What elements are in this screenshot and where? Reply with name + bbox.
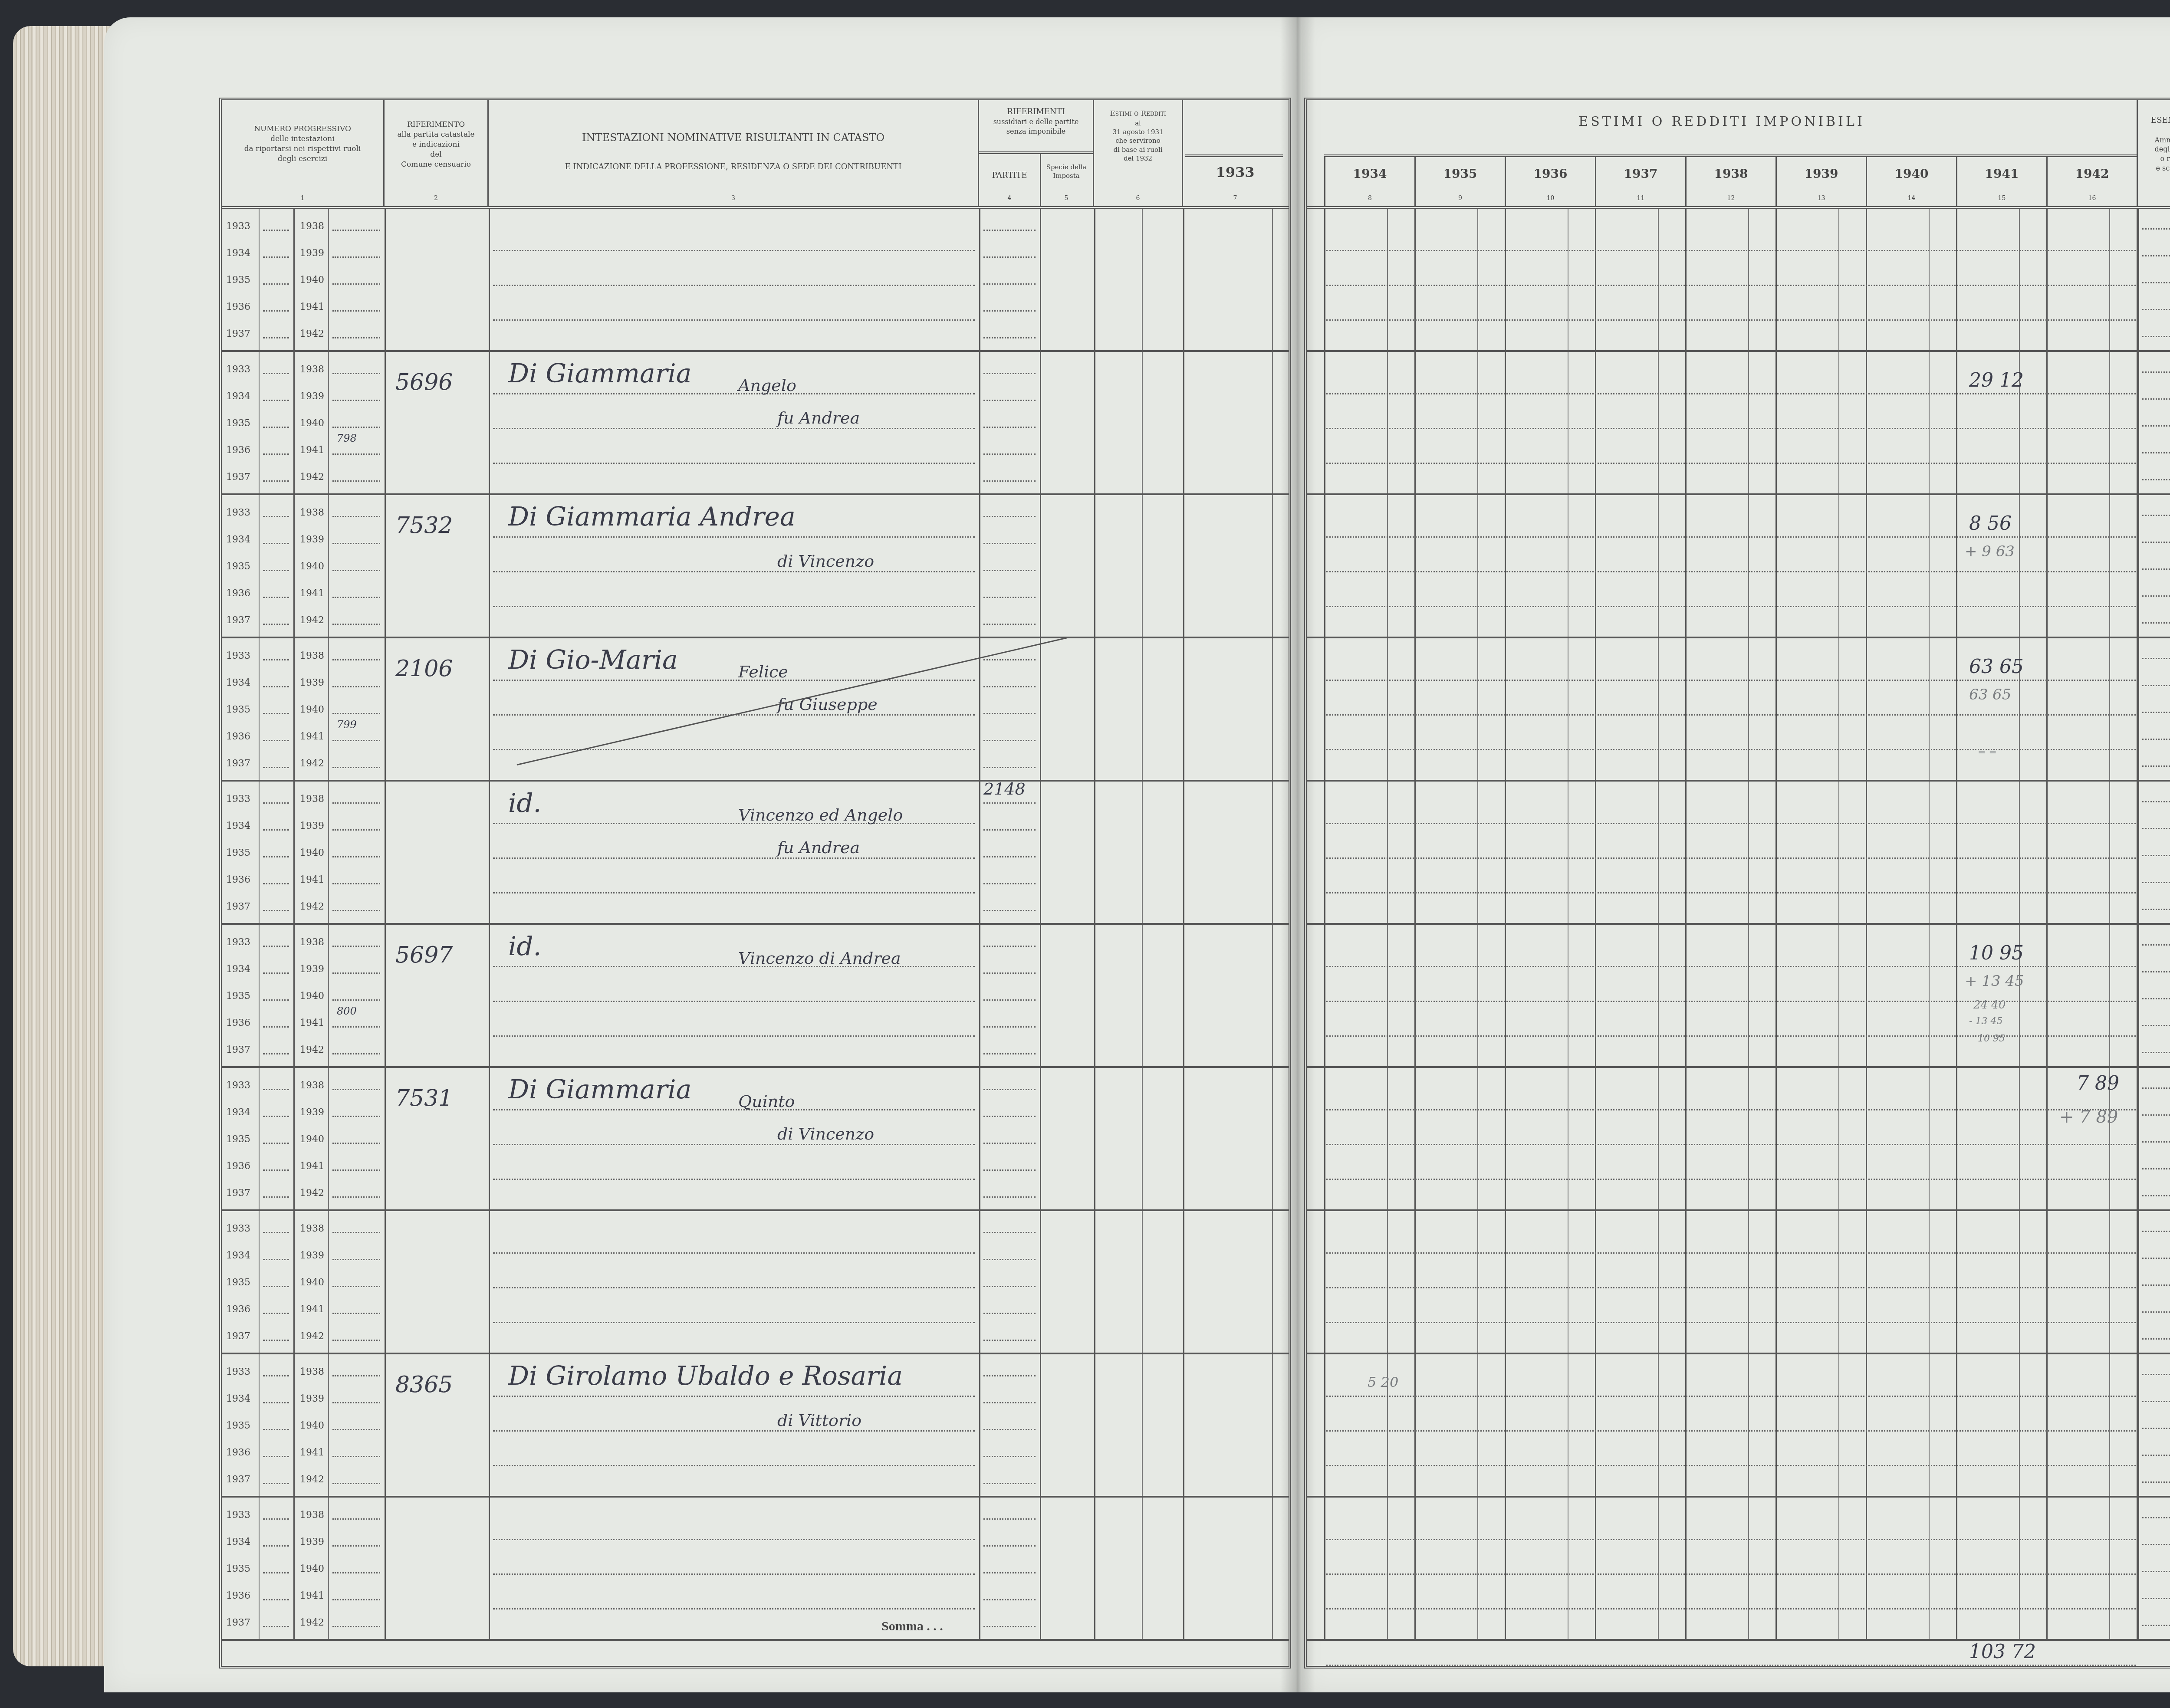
cents-rule xyxy=(1658,1354,1659,1496)
dotted-rule xyxy=(263,1169,289,1171)
column-rule xyxy=(1040,782,1041,923)
dotted-rule xyxy=(983,1026,1036,1028)
dotted-rule xyxy=(493,571,975,572)
column-rule xyxy=(1324,495,1325,637)
column-rule xyxy=(1324,1211,1325,1353)
column-rule xyxy=(385,638,386,780)
column-rule xyxy=(1595,352,1596,493)
cents-rule xyxy=(1568,638,1568,780)
column-rule xyxy=(489,638,490,780)
partita-number: 7532 xyxy=(395,512,453,539)
dotted-rule xyxy=(263,1545,289,1547)
column-rule xyxy=(1040,1354,1041,1496)
col-number: 16 xyxy=(2048,194,2137,203)
column-rule xyxy=(1866,925,1867,1066)
register-amounts-row: 63 6563 65= = xyxy=(1307,638,2170,782)
taxpayer-name-extra: Angelo xyxy=(738,376,796,395)
year-label: 1942 xyxy=(300,472,324,483)
year-label: 1935 xyxy=(226,991,250,1002)
dotted-rule xyxy=(332,767,380,768)
dotted-rule xyxy=(2142,739,2170,740)
year-label: 1942 xyxy=(2048,157,2137,182)
year-label: 1940 xyxy=(300,847,324,858)
column-rule xyxy=(489,782,490,923)
dotted-rule xyxy=(493,393,975,394)
dotted-rule xyxy=(263,829,289,831)
dotted-rule xyxy=(1326,680,2136,681)
dotted-rule xyxy=(263,480,289,482)
col6-line: che servirono xyxy=(1094,136,1182,145)
column-rule xyxy=(293,1068,295,1209)
col2-title: RIFERIMENTO xyxy=(385,120,487,130)
col17-line: Ammontare xyxy=(2138,135,2170,145)
dotted-rule xyxy=(493,428,975,429)
register-entry-row: 1933193819341939193519401936194119371942… xyxy=(222,352,1289,495)
dotted-rule xyxy=(263,856,289,857)
column-rule xyxy=(1866,782,1867,923)
column-rule xyxy=(328,638,329,780)
year-label: 1934 xyxy=(1325,157,1414,182)
column-rule xyxy=(1142,352,1143,493)
column-rule xyxy=(2046,495,2048,637)
column-rule xyxy=(1956,1498,1957,1639)
year-label: 1942 xyxy=(300,1331,324,1342)
column-rule xyxy=(2138,1354,2139,1496)
column-rule xyxy=(1142,1498,1143,1639)
dotted-rule xyxy=(332,659,380,660)
cents-rule xyxy=(1568,352,1568,493)
dotted-rule xyxy=(1326,1252,2136,1254)
dotted-rule xyxy=(332,597,380,598)
dotted-rule xyxy=(983,972,1036,974)
year-label: 1935 xyxy=(226,1420,250,1431)
col2-line: del xyxy=(385,150,487,160)
dotted-rule xyxy=(2142,658,2170,659)
year-label: 1942 xyxy=(300,1188,324,1199)
dotted-rule xyxy=(263,1429,289,1430)
col6-line: del 1932 xyxy=(1094,154,1182,163)
dotted-rule xyxy=(2142,998,2170,999)
dotted-rule xyxy=(263,373,289,374)
dotted-rule xyxy=(332,256,380,258)
column-rule xyxy=(293,209,295,350)
column-rule xyxy=(1414,1498,1416,1639)
dotted-rule xyxy=(2142,801,2170,802)
year-label: 1936 xyxy=(226,874,250,885)
column-rule xyxy=(979,638,980,780)
year-label: 1942 xyxy=(300,1045,324,1055)
column-rule xyxy=(1272,1211,1273,1353)
column-rule xyxy=(1505,1354,1506,1496)
dotted-rule xyxy=(332,1518,380,1520)
dotted-rule xyxy=(2142,1544,2170,1545)
cents-rule xyxy=(1658,352,1659,493)
column-rule xyxy=(1505,1068,1506,1209)
column-rule xyxy=(1324,1068,1325,1209)
amount-1941-total: 24 40 xyxy=(1973,999,2006,1012)
dotted-rule xyxy=(332,480,380,482)
col-number: 3 xyxy=(489,194,978,203)
dotted-rule xyxy=(1326,1144,2136,1145)
column-rule xyxy=(1414,1211,1416,1353)
dotted-rule xyxy=(2142,1284,2170,1286)
year-label: 1938 xyxy=(300,794,324,805)
year-label: 1933 xyxy=(226,937,250,948)
col-number: 7 xyxy=(1183,194,1287,203)
column-rule xyxy=(2138,495,2139,637)
column-rule xyxy=(1414,638,1416,780)
column-rule xyxy=(259,1498,260,1639)
dotted-rule xyxy=(2142,479,2170,480)
dotted-rule xyxy=(983,767,1036,768)
dotted-rule xyxy=(1326,536,2136,538)
dotted-rule xyxy=(332,230,380,231)
dotted-rule xyxy=(2142,1338,2170,1340)
year-label: 1933 xyxy=(226,364,250,375)
dotted-rule xyxy=(983,1483,1036,1484)
dotted-rule xyxy=(2142,1625,2170,1626)
column-rule xyxy=(1956,209,1957,350)
year-label: 1933 xyxy=(226,1223,250,1234)
cents-rule xyxy=(1748,1211,1749,1353)
register-amounts-row: 8 56+ 9 63 xyxy=(1307,495,2170,638)
dotted-rule xyxy=(493,1608,975,1609)
year-label: 1940 xyxy=(300,991,324,1002)
dotted-rule xyxy=(1326,1179,2136,1180)
column-rule xyxy=(1094,352,1095,493)
year-label: 1939 xyxy=(300,1393,324,1404)
dotted-rule xyxy=(263,883,289,884)
year-label: 1937 xyxy=(226,1617,250,1628)
column-rule xyxy=(2046,1211,2048,1353)
cents-rule xyxy=(2109,1354,2110,1496)
year-label: 1933 xyxy=(226,794,250,805)
amount-1941-result: 10 95 xyxy=(1978,1033,2005,1044)
cents-rule xyxy=(1748,1354,1749,1496)
dotted-rule xyxy=(1326,1035,2136,1037)
dotted-rule xyxy=(332,1259,380,1260)
year-label: 1942 xyxy=(300,758,324,769)
taxpayer-name: Di Giammaria Andrea xyxy=(508,502,796,532)
column-rule xyxy=(1505,495,1506,637)
cents-rule xyxy=(1568,495,1568,637)
column-rule xyxy=(489,209,490,350)
column-rule xyxy=(328,352,329,493)
year-label: 1942 xyxy=(300,901,324,912)
dotted-rule xyxy=(1326,1608,2136,1609)
dotted-rule xyxy=(1326,571,2136,572)
column-rule xyxy=(1775,209,1777,350)
column-rule xyxy=(2046,209,2048,350)
column-rule xyxy=(2138,782,2139,923)
dotted-rule xyxy=(983,946,1036,947)
year-label: 1936 xyxy=(226,1018,250,1028)
cents-rule xyxy=(1929,1498,1930,1639)
dotted-rule xyxy=(263,1116,289,1117)
column-rule xyxy=(385,495,386,637)
year-label: 1939 xyxy=(300,1107,324,1118)
cents-rule xyxy=(2019,209,2020,350)
dotted-rule xyxy=(1326,857,2136,859)
year-label: 1938 xyxy=(300,1223,324,1234)
column-rule xyxy=(385,925,386,1066)
year-label: 1933 xyxy=(226,1510,250,1521)
column-rule xyxy=(2046,352,2048,493)
dotted-rule xyxy=(493,892,975,893)
cents-rule xyxy=(1387,209,1388,350)
dotted-rule xyxy=(332,1286,380,1287)
dotted-rule xyxy=(983,802,1036,804)
column-rule xyxy=(293,495,295,637)
dotted-rule xyxy=(983,713,1036,714)
taxpayer-parentage: fu Giuseppe xyxy=(777,695,878,714)
dotted-rule xyxy=(332,516,380,517)
column-rule xyxy=(1094,782,1095,923)
dotted-rule xyxy=(332,946,380,947)
column-rule xyxy=(1414,352,1416,493)
dotted-rule xyxy=(983,570,1036,571)
cents-rule xyxy=(1838,495,1839,637)
column-rule xyxy=(1324,1498,1325,1639)
dotted-rule xyxy=(332,373,380,374)
dotted-rule xyxy=(332,1572,380,1573)
year-label: 1939 xyxy=(300,821,324,831)
column-rule xyxy=(1685,638,1687,780)
column-rule xyxy=(1866,495,1867,637)
column-rule xyxy=(1324,352,1325,493)
column-rule xyxy=(2138,1498,2139,1639)
header-col-2: RIFERIMENTO alla partita catastale e ind… xyxy=(385,100,489,206)
register-entry-row: 1933193819341939193519401936194119371942 xyxy=(222,1498,1289,1641)
column-rule xyxy=(1142,638,1143,780)
dotted-rule xyxy=(983,1599,1036,1600)
year-label: 1940 xyxy=(300,1563,324,1574)
column-rule xyxy=(1142,1068,1143,1209)
year-label: 1935 xyxy=(226,418,250,429)
dotted-rule xyxy=(983,373,1036,374)
column-rule xyxy=(1775,638,1777,780)
column-rule xyxy=(1142,925,1143,1066)
column-rule xyxy=(385,1068,386,1209)
cents-rule xyxy=(2109,495,2110,637)
column-rule xyxy=(328,1498,329,1639)
margin-number: 799 xyxy=(337,719,357,731)
column-rule xyxy=(1414,495,1416,637)
dotted-rule xyxy=(332,453,380,455)
dotted-rule xyxy=(263,659,289,660)
taxpayer-parentage: fu Andrea xyxy=(777,408,860,427)
register-amounts-row xyxy=(1307,1498,2170,1641)
column-rule xyxy=(1324,209,1325,350)
register-amounts-row xyxy=(1307,782,2170,925)
column-rule xyxy=(1094,1068,1095,1209)
column-rule xyxy=(1595,1068,1596,1209)
cents-rule xyxy=(1929,1211,1930,1353)
year-label: 1935 xyxy=(226,561,250,572)
dotted-rule xyxy=(493,1430,975,1432)
dotted-rule xyxy=(332,400,380,401)
dotted-rule xyxy=(332,883,380,884)
header-col-7: 1933 7 xyxy=(1183,100,1287,206)
dotted-rule xyxy=(263,256,289,258)
col5-label: Specie della Imposta xyxy=(1040,154,1093,181)
dotted-rule xyxy=(332,1599,380,1600)
dotted-rule xyxy=(263,543,289,544)
col17-line: degli estimi xyxy=(2138,145,2170,154)
column-rule xyxy=(1094,495,1095,637)
column-rule xyxy=(1956,925,1957,1066)
dotted-rule xyxy=(263,1626,289,1627)
dotted-rule xyxy=(332,1483,380,1484)
column-rule xyxy=(979,495,980,637)
dotted-rule xyxy=(2142,1025,2170,1026)
column-rule xyxy=(328,1068,329,1209)
year-label: 1935 xyxy=(226,1563,250,1574)
cents-rule xyxy=(1658,1211,1659,1353)
cents-rule xyxy=(1838,638,1839,780)
dotted-rule xyxy=(332,310,380,312)
column-rule xyxy=(1956,782,1957,923)
year-label: 1934 xyxy=(226,821,250,831)
year-headers: 1934 81935 91936 101937 111938 121939 13… xyxy=(1324,157,2137,206)
column-rule xyxy=(1866,1068,1867,1209)
dotted-rule xyxy=(2142,1195,2170,1196)
cents-rule xyxy=(1748,209,1749,350)
col1-line: degli esercizi xyxy=(222,154,383,164)
column-rule xyxy=(1094,209,1095,350)
dotted-rule xyxy=(1326,606,2136,607)
year-label: 1934 xyxy=(226,1537,250,1547)
dotted-rule xyxy=(983,659,1036,660)
column-rule xyxy=(1685,1211,1687,1353)
column-rule xyxy=(328,925,329,1066)
column-rule xyxy=(1595,1354,1596,1496)
col2-line: alla partita catastale xyxy=(385,130,487,140)
year-column-header: 1940 14 xyxy=(1866,157,1956,206)
column-rule xyxy=(489,1068,490,1209)
dotted-rule xyxy=(983,1313,1036,1314)
cents-rule xyxy=(2109,1211,2110,1353)
dotted-rule xyxy=(493,1539,975,1540)
dotted-rule xyxy=(1326,1001,2136,1002)
year-label: 1933 xyxy=(226,221,250,232)
dotted-rule xyxy=(983,1053,1036,1054)
dotted-rule xyxy=(2142,909,2170,910)
cents-rule xyxy=(2019,1354,2020,1496)
dotted-rule xyxy=(493,1287,975,1288)
dotted-rule xyxy=(332,686,380,687)
col4-label: PARTITE xyxy=(979,154,1040,181)
amount-1941-minus: - 13 45 xyxy=(1969,1016,2002,1027)
dotted-rule xyxy=(263,767,289,768)
column-rule xyxy=(1183,1498,1184,1639)
dotted-rule xyxy=(332,740,380,741)
dotted-rule xyxy=(983,856,1036,857)
taxpayer-name: id. xyxy=(508,931,542,962)
cents-rule xyxy=(1838,925,1839,1066)
right-header: ESTIMI O REDDITI IMPONIBILI 1934 81935 9… xyxy=(1307,100,2170,209)
year-label: 1940 xyxy=(300,1134,324,1145)
column-rule xyxy=(385,1211,386,1353)
dotted-rule xyxy=(1326,393,2136,394)
cents-rule xyxy=(1838,1068,1839,1209)
amount-1941: 10 95 xyxy=(1969,942,2024,964)
column-rule xyxy=(1956,638,1957,780)
dotted-rule xyxy=(332,1375,380,1376)
column-rule xyxy=(979,1354,980,1496)
dotted-rule xyxy=(2142,1258,2170,1259)
year-label: 1942 xyxy=(300,1617,324,1628)
dotted-rule xyxy=(983,480,1036,482)
year-label: 1934 xyxy=(226,964,250,975)
dotted-rule xyxy=(2142,309,2170,310)
column-rule xyxy=(1142,1354,1143,1496)
year-label: 1933 xyxy=(226,650,250,661)
dotted-rule xyxy=(2142,1598,2170,1599)
dotted-rule xyxy=(332,1169,380,1171)
col17-line: e scadenze xyxy=(2138,164,2170,173)
year-label: 1940 xyxy=(300,418,324,429)
dotted-rule xyxy=(1326,463,2136,464)
dotted-rule xyxy=(1326,1539,2136,1540)
column-rule xyxy=(1956,1068,1957,1209)
year-label: 1941 xyxy=(300,588,324,599)
dotted-rule xyxy=(263,1143,289,1144)
column-rule xyxy=(1040,1211,1041,1353)
dotted-rule xyxy=(332,624,380,625)
dotted-rule xyxy=(1326,1573,2136,1575)
column-rule xyxy=(1866,1498,1867,1639)
dotted-rule xyxy=(983,1232,1036,1233)
dotted-rule xyxy=(493,1144,975,1145)
column-rule xyxy=(1272,925,1273,1066)
column-rule xyxy=(489,1498,490,1639)
year-label: 1936 xyxy=(226,1590,250,1601)
cents-rule xyxy=(2109,1498,2110,1639)
cents-rule xyxy=(1477,209,1478,350)
column-rule xyxy=(1272,1498,1273,1639)
year-label: 1934 xyxy=(226,1107,250,1118)
year-label: 1937 xyxy=(1596,157,1685,182)
year-label: 1937 xyxy=(226,615,250,626)
dotted-rule xyxy=(263,230,289,231)
dotted-rule xyxy=(263,740,289,741)
col6-line: di base ai ruoli xyxy=(1094,145,1182,154)
cents-rule xyxy=(1387,495,1388,637)
cents-rule xyxy=(1658,495,1659,637)
dotted-rule xyxy=(983,400,1036,401)
column-rule xyxy=(1040,638,1041,780)
col45-line: sussidiari e delle partite xyxy=(979,117,1093,127)
header-col-3: INTESTAZIONI NOMINATIVE RISULTANTI IN CA… xyxy=(489,100,979,206)
column-rule xyxy=(328,495,329,637)
column-rule xyxy=(1183,1354,1184,1496)
dotted-rule xyxy=(1326,714,2136,716)
column-rule xyxy=(2138,638,2139,780)
dotted-rule xyxy=(1326,1322,2136,1323)
col-number: 2 xyxy=(385,194,487,203)
column-rule xyxy=(259,925,260,1066)
column-rule xyxy=(385,352,386,493)
dotted-rule xyxy=(2142,228,2170,230)
column-rule xyxy=(1094,1498,1095,1639)
cents-rule xyxy=(1929,925,1930,1066)
dotted-rule xyxy=(332,1340,380,1341)
amount-1941-subtotal: 63 65 xyxy=(1969,686,2011,703)
column-rule xyxy=(1685,925,1687,1066)
column-rule xyxy=(293,782,295,923)
dotted-rule xyxy=(493,1396,975,1397)
